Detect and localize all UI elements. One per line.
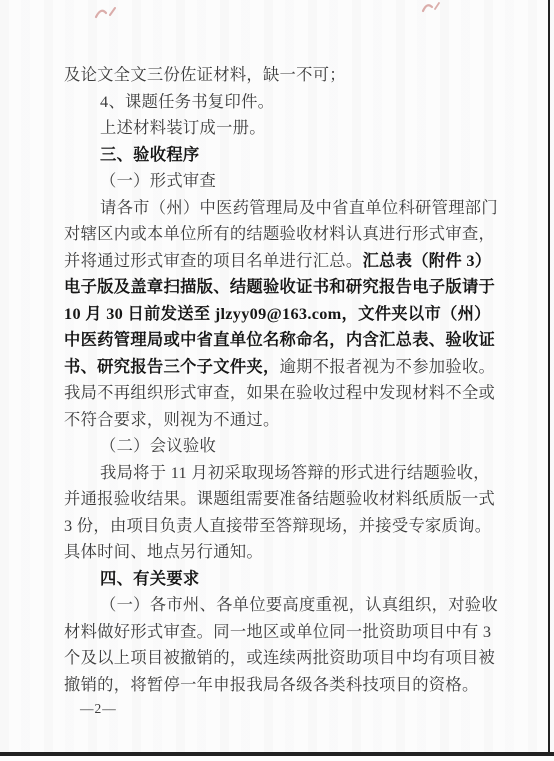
text-segment: 中医药管理局或中省直单位名称命名，内含汇总表、验收证 [64,330,495,349]
text-segment: 我局不再组织形式审查，如果在验收过程中发现材料不全或 [64,383,495,402]
text-line: 撤销的，将暂停一年申报我局各级各类科技项目的资格。 [64,672,510,699]
text-line: 3 份，由项目负责人直接带至答辩现场，并接受专家质询。 [64,513,510,540]
text-segment: （一）各市州、各单位要高度重视，认真组织，对验收 [100,595,498,614]
text-line: 书、研究报告三个子文件夹，逾期不报者视为不参加验收。 [64,354,510,381]
text-segment: 3 份，由项目负责人直接带至答辩现场，并接受专家质询。 [64,516,491,535]
red-ink-artifact-left [93,3,119,21]
text-line: 上述材料装订成一册。 [64,115,510,142]
text-segment: 逾期不报者视为不参加验收。 [280,357,496,376]
text-line: （一）各市州、各单位要高度重视，认真组织，对验收 [64,592,510,619]
text-segment: 汇总表（附件 3） [362,251,491,270]
text-line: 对辖区内或本单位所有的结题验收材料认真进行形式审查， [64,221,510,248]
text-segment: 电子版及盖章扫描版、结题验收证书和研究报告电子版请于 [64,277,495,296]
text-line: 电子版及盖章扫描版、结题验收证书和研究报告电子版请于 [64,274,510,301]
text-segment: 并将通过形式审查的项目名单进行汇总。 [64,251,362,270]
text-segment: （二）会议验收 [100,436,216,455]
scanner-right-edge-line [548,0,550,761]
text-line: 材料做好形式审查。同一地区或单位同一批资助项目中有 3 [64,619,510,646]
text-line: 请各市（州）中医药管理局及中省直单位科研管理部门 [64,195,510,222]
text-line: 并通报验收结果。课题组需要准备结题验收材料纸质版一式 [64,486,510,513]
text-line: 我局不再组织形式审查，如果在验收过程中发现材料不全或 [64,380,510,407]
text-segment: 对辖区内或本单位所有的结题验收材料认真进行形式审查， [64,224,495,243]
text-segment: 并通报验收结果。课题组需要准备结题验收材料纸质版一式 [64,489,495,508]
text-line: 不符合要求，则视为不通过。 [64,407,510,434]
scanner-bottom-margin [0,756,554,761]
text-segment: 书、研究报告三个子文件夹， [64,357,280,376]
text-line: 10 月 30 日前发送至 jlzyy09@163.com，文件夹以市（州） [64,301,510,328]
text-line: 4、课题任务书复印件。 [64,89,510,116]
text-segment: 具体时间、地点另行通知。 [64,542,263,561]
text-segment: （一）形式审查 [100,171,216,190]
text-line: 具体时间、地点另行通知。 [64,539,510,566]
text-segment: 请各市（州）中医药管理局及中省直单位科研管理部门 [100,198,498,217]
text-line: 三、验收程序 [64,142,510,169]
text-line: （一）形式审查 [64,168,510,195]
text-segment: 及论文全文三份佐证材料，缺一不可； [64,65,346,84]
scanned-document-page: 及论文全文三份佐证材料，缺一不可；4、课题任务书复印件。上述材料装订成一册。三、… [0,0,554,761]
text-segment: 三、验收程序 [100,145,200,164]
text-line: 个及以上项目被撤销的，或连续两批资助项目中均有项目被 [64,645,510,672]
red-ink-artifact-right [420,0,442,14]
text-segment: 四、有关要求 [100,569,200,588]
text-segment: 我局将于 11 月初采取现场答辩的形式进行结题验收， [100,463,490,482]
text-line: 并将通过形式审查的项目名单进行汇总。汇总表（附件 3） [64,248,510,275]
text-segment: 撤销的，将暂停一年申报我局各级各类科技项目的资格。 [64,675,479,694]
text-segment: 材料做好形式审查。同一地区或单位同一批资助项目中有 3 [64,622,491,641]
text-line: 我局将于 11 月初采取现场答辩的形式进行结题验收， [64,460,510,487]
text-line: 四、有关要求 [64,566,510,593]
text-segment: 10 月 30 日前发送至 jlzyy09@163.com，文件夹以市（州） [64,304,491,323]
text-segment: 上述材料装订成一册。 [100,118,266,137]
text-segment: 个及以上项目被撤销的，或连续两批资助项目中均有项目被 [64,648,495,667]
text-line: （二）会议验收 [64,433,510,460]
text-segment: 不符合要求，则视为不通过。 [64,410,280,429]
text-line: 及论文全文三份佐证材料，缺一不可； [64,62,510,89]
text-segment: 4、课题任务书复印件。 [100,92,274,111]
page-number: —2— [80,701,117,717]
text-line: 中医药管理局或中省直单位名称命名，内含汇总表、验收证 [64,327,510,354]
document-lines: 及论文全文三份佐证材料，缺一不可；4、课题任务书复印件。上述材料装订成一册。三、… [64,62,510,698]
